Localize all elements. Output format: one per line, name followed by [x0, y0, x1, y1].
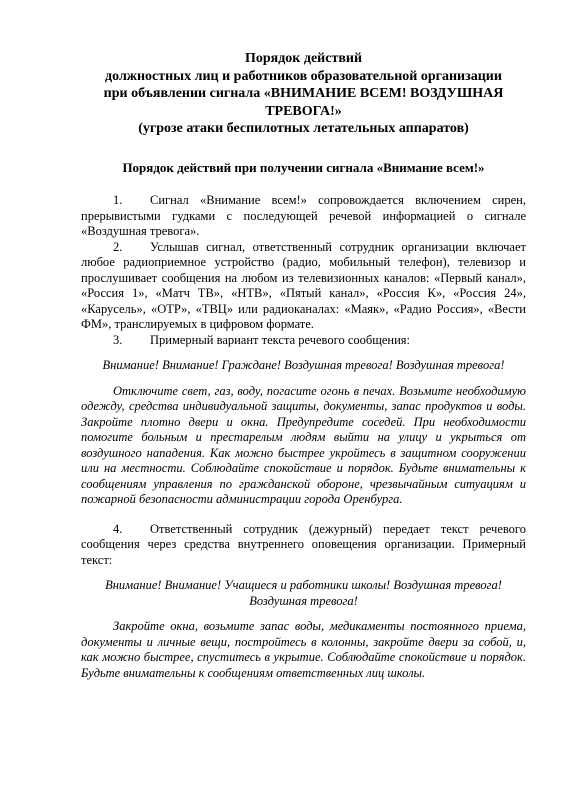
title-line-1: Порядок действий	[81, 50, 526, 68]
item-number: 4.	[113, 522, 150, 538]
speech-quote-1: Внимание! Внимание! Граждане! Воздушная …	[101, 358, 506, 374]
document-title: Порядок действий должностных лиц и работ…	[81, 50, 526, 138]
title-line-2: должностных лиц и работников образовател…	[81, 68, 526, 86]
item-text: Примерный вариант текста речевого сообще…	[150, 333, 410, 347]
item-number: 3.	[113, 333, 150, 349]
item-number: 1.	[113, 193, 150, 209]
numbered-item-1: 1.Сигнал «Внимание всем!» сопровождается…	[81, 193, 526, 240]
numbered-item-4: 4.Ответственный сотрудник (дежурный) пер…	[81, 522, 526, 569]
document-page: Порядок действий должностных лиц и работ…	[0, 0, 566, 800]
item-number: 2.	[113, 240, 150, 256]
numbered-item-3: 3.Примерный вариант текста речевого сооб…	[81, 333, 526, 349]
speech-paragraph-1: Отключите свет, газ, воду, погасите огон…	[81, 384, 526, 508]
title-line-3: при объявлении сигнала «ВНИМАНИЕ ВСЕМ! В…	[81, 85, 526, 103]
speech-quote-2: Внимание! Внимание! Учащиеся и работники…	[101, 578, 506, 609]
title-line-4: ТРЕВОГА!»	[81, 103, 526, 121]
section-heading: Порядок действий при получении сигнала «…	[81, 160, 526, 176]
numbered-item-2: 2.Услышав сигнал, ответственный сотрудни…	[81, 240, 526, 333]
title-line-5: (угрозе атаки беспилотных летательных ап…	[81, 120, 526, 138]
speech-paragraph-2: Закройте окна, возьмите запас воды, меди…	[81, 619, 526, 681]
